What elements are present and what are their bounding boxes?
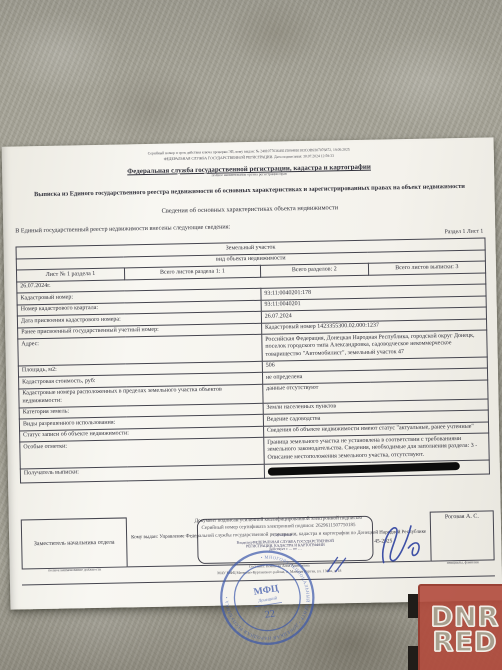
watermark-line-2: RED — [433, 631, 498, 656]
dnr-red-watermark: DNR RED — [418, 584, 502, 670]
signer-name: Роговая А. С. — [430, 510, 495, 561]
section-heading: Сведения об основных характеристиках объ… — [15, 202, 485, 218]
photo-scene: Серийный номер и срок действия ключа про… — [0, 0, 502, 670]
pen-signature — [375, 517, 432, 570]
round-seal-stamp: • МНОГОФУНКЦИОНАЛЬНЫЙ ЦЕНТР • ДОНЕЦКАЯ Н… — [211, 541, 323, 653]
signature-section: Заместитель начальника отдела Документ п… — [21, 510, 492, 585]
eds-certificate-line: Сертификат … — [231, 532, 339, 538]
signer-caption: инициалы, фамилия — [443, 560, 483, 564]
position-title: Заместитель начальника отдела — [21, 517, 128, 569]
pen-stroke — [324, 555, 354, 574]
watermark-corner-square — [408, 594, 418, 618]
egrn-extract-document: Серийный номер и срок действия ключа про… — [2, 137, 502, 609]
document-title: Выписка из Единого государственного реес… — [14, 183, 484, 199]
watermark-corner-square — [408, 646, 418, 670]
property-table: Земельный участок вид объекта недвижимос… — [16, 237, 490, 482]
stamp-number: 22 — [264, 608, 276, 620]
row-value — [264, 459, 489, 477]
redaction-bar — [268, 462, 460, 476]
position-caption: полное наименование должности — [42, 567, 108, 572]
